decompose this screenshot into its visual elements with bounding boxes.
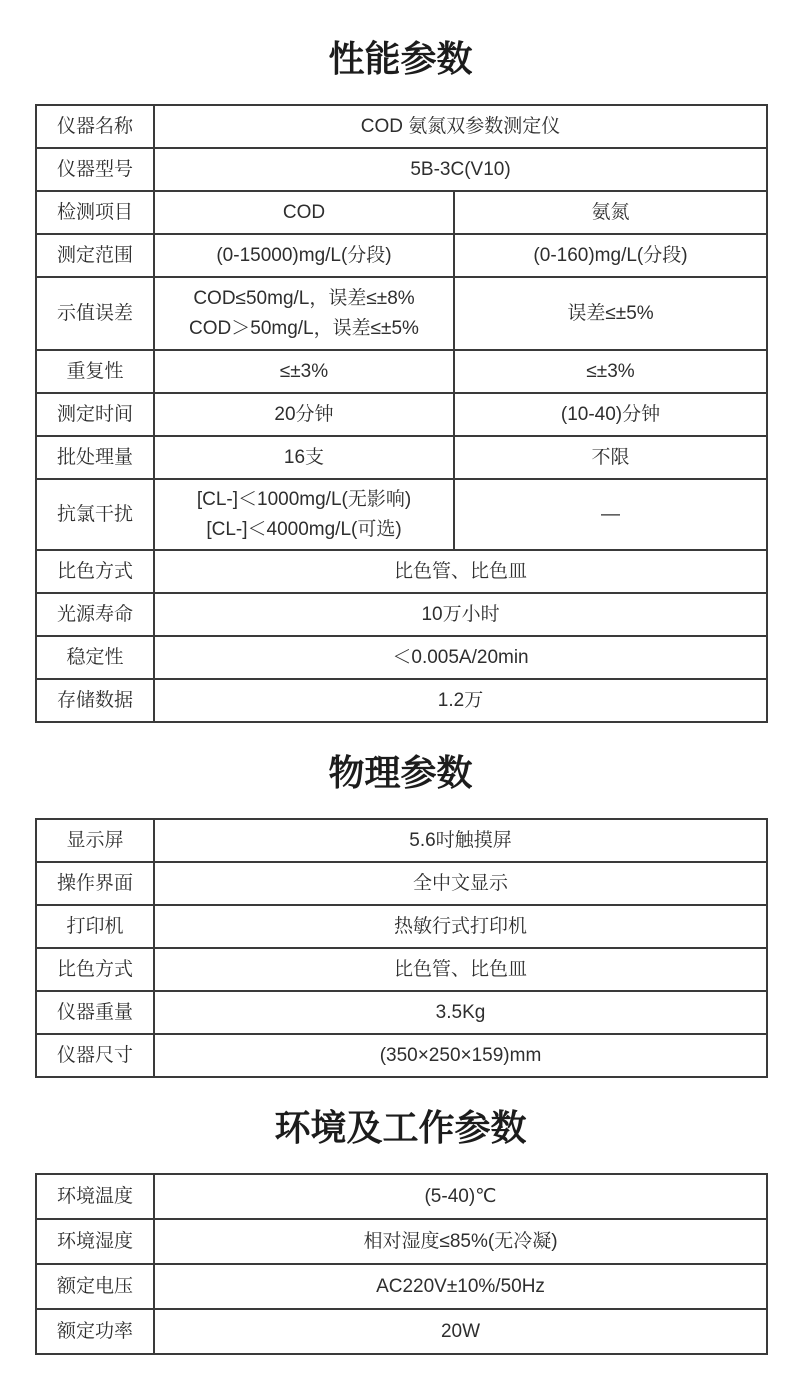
row-label: 环境温度 (36, 1174, 154, 1219)
row-value: 10万小时 (154, 593, 767, 636)
row-label: 批处理量 (36, 436, 154, 479)
row-label: 仪器重量 (36, 991, 154, 1034)
row-label: 打印机 (36, 905, 154, 948)
row-value: 比色管、比色皿 (154, 948, 767, 991)
ammonia-value: (0-160)mg/L(分段) (454, 234, 767, 277)
table-row: 稳定性 ＜0.005A/20min (36, 636, 767, 679)
table-row: 批处理量 16支 不限 (36, 436, 767, 479)
row-value: 5B-3C(V10) (154, 148, 767, 191)
table-row: 重复性 ≤±3% ≤±3% (36, 350, 767, 393)
table-row: 抗氯干扰 [CL-]＜1000mg/L(无影响) [CL-]＜4000mg/L(… (36, 479, 767, 550)
table-row: 测定时间 20分钟 (10-40)分钟 (36, 393, 767, 436)
table-row: 仪器型号 5B-3C(V10) (36, 148, 767, 191)
table-row: 操作界面 全中文显示 (36, 862, 767, 905)
value-line: [CL-]＜1000mg/L(无影响) (161, 485, 447, 515)
table-row: 仪器名称 COD 氨氮双参数测定仪 (36, 105, 767, 148)
row-label: 稳定性 (36, 636, 154, 679)
row-label: 环境湿度 (36, 1219, 154, 1264)
row-label: 重复性 (36, 350, 154, 393)
row-label: 示值误差 (36, 277, 154, 350)
table-row: 额定功率 20W (36, 1309, 767, 1354)
cod-value: 20分钟 (154, 393, 454, 436)
ammonia-value: 氨氮 (454, 191, 767, 234)
row-value: 热敏行式打印机 (154, 905, 767, 948)
row-value: AC220V±10%/50Hz (154, 1264, 767, 1309)
row-value: 20W (154, 1309, 767, 1354)
row-label: 比色方式 (36, 948, 154, 991)
value-line: [CL-]＜4000mg/L(可选) (161, 515, 447, 545)
table-row: 比色方式 比色管、比色皿 (36, 948, 767, 991)
row-value: 3.5Kg (154, 991, 767, 1034)
row-label: 测定时间 (36, 393, 154, 436)
cod-value: COD (154, 191, 454, 234)
ammonia-value: — (454, 479, 767, 550)
table-row: 仪器重量 3.5Kg (36, 991, 767, 1034)
cod-value: ≤±3% (154, 350, 454, 393)
row-label: 光源寿命 (36, 593, 154, 636)
row-value: 相对湿度≤85%(无冷凝) (154, 1219, 767, 1264)
row-label: 存储数据 (36, 679, 154, 722)
row-label: 抗氯干扰 (36, 479, 154, 550)
cod-value: 16支 (154, 436, 454, 479)
value-line: COD≤50mg/L，误差≤±8% (161, 284, 447, 314)
performance-table: 仪器名称 COD 氨氮双参数测定仪 仪器型号 5B-3C(V10) 检测项目 C… (35, 104, 768, 723)
environment-table: 环境温度 (5-40)℃ 环境湿度 相对湿度≤85%(无冷凝) 额定电压 AC2… (35, 1173, 768, 1355)
section-title-physical: 物理参数 (35, 755, 766, 791)
row-value: COD 氨氮双参数测定仪 (154, 105, 767, 148)
row-label: 操作界面 (36, 862, 154, 905)
table-row: 比色方式 比色管、比色皿 (36, 550, 767, 593)
value-line: COD＞50mg/L，误差≤±5% (161, 314, 447, 344)
row-label: 仪器名称 (36, 105, 154, 148)
table-row: 示值误差 COD≤50mg/L，误差≤±8% COD＞50mg/L，误差≤±5%… (36, 277, 767, 350)
row-label: 显示屏 (36, 819, 154, 862)
ammonia-value: 不限 (454, 436, 767, 479)
row-label: 仪器型号 (36, 148, 154, 191)
table-row: 测定范围 (0-15000)mg/L(分段) (0-160)mg/L(分段) (36, 234, 767, 277)
table-row: 额定电压 AC220V±10%/50Hz (36, 1264, 767, 1309)
cod-value: (0-15000)mg/L(分段) (154, 234, 454, 277)
table-row: 检测项目 COD 氨氮 (36, 191, 767, 234)
row-label: 额定电压 (36, 1264, 154, 1309)
row-label: 仪器尺寸 (36, 1034, 154, 1077)
row-value: 比色管、比色皿 (154, 550, 767, 593)
row-value: (5-40)℃ (154, 1174, 767, 1219)
table-row: 环境湿度 相对湿度≤85%(无冷凝) (36, 1219, 767, 1264)
cod-value: [CL-]＜1000mg/L(无影响) [CL-]＜4000mg/L(可选) (154, 479, 454, 550)
row-value: ＜0.005A/20min (154, 636, 767, 679)
row-label: 检测项目 (36, 191, 154, 234)
row-value: 1.2万 (154, 679, 767, 722)
table-row: 光源寿命 10万小时 (36, 593, 767, 636)
section-title-performance: 性能参数 (35, 41, 766, 77)
table-row: 环境温度 (5-40)℃ (36, 1174, 767, 1219)
ammonia-value: (10-40)分钟 (454, 393, 767, 436)
row-value: (350×250×159)mm (154, 1034, 767, 1077)
table-row: 仪器尺寸 (350×250×159)mm (36, 1034, 767, 1077)
table-row: 存储数据 1.2万 (36, 679, 767, 722)
row-value: 全中文显示 (154, 862, 767, 905)
table-row: 打印机 热敏行式打印机 (36, 905, 767, 948)
ammonia-value: 误差≤±5% (454, 277, 767, 350)
row-label: 额定功率 (36, 1309, 154, 1354)
row-label: 比色方式 (36, 550, 154, 593)
physical-table: 显示屏 5.6吋触摸屏 操作界面 全中文显示 打印机 热敏行式打印机 比色方式 … (35, 818, 768, 1078)
row-value: 5.6吋触摸屏 (154, 819, 767, 862)
section-title-environment: 环境及工作参数 (35, 1110, 766, 1146)
ammonia-value: ≤±3% (454, 350, 767, 393)
cod-value: COD≤50mg/L，误差≤±8% COD＞50mg/L，误差≤±5% (154, 277, 454, 350)
table-row: 显示屏 5.6吋触摸屏 (36, 819, 767, 862)
spec-sheet: 性能参数 仪器名称 COD 氨氮双参数测定仪 仪器型号 5B-3C(V10) 检… (0, 41, 800, 1355)
row-label: 测定范围 (36, 234, 154, 277)
